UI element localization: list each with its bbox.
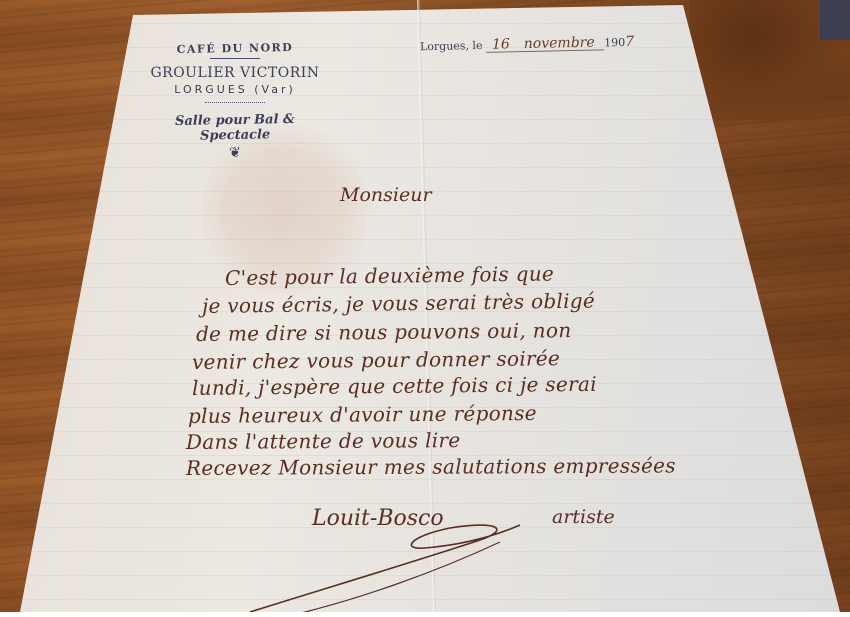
letterhead-tagline: Salle pour Bal & Spectacle — [140, 111, 330, 144]
letter-line: de me dire si nous pouvons oui, non — [196, 318, 572, 346]
letter-line: C'est pour la deuxième fois que — [225, 261, 554, 290]
letterhead-proprietor: GROULIER VICTORIN — [140, 65, 330, 81]
letterhead-rule — [210, 58, 260, 59]
letter-line: plus heureux d'avoir une réponse — [188, 401, 537, 428]
dateline-month: novembre — [524, 35, 595, 52]
letter-line: venir chez vous pour donner soirée — [192, 346, 560, 374]
signature-flourish — [240, 520, 540, 617]
dateline-prefix: Lorgues, le — [420, 39, 483, 53]
letter-line: Dans l'attente de vous lire — [186, 428, 461, 454]
letter-salutation: Monsieur — [340, 184, 432, 206]
dateline-year-digit: 7 — [625, 34, 634, 50]
letter-line: lundi, j'espère que cette fois ci je ser… — [192, 372, 597, 400]
ornament-icon: ❦ — [140, 145, 330, 161]
letterhead-cafe-name: CAFÉ DU NORD — [140, 40, 330, 56]
signature-title: artiste — [552, 506, 615, 528]
letter-line: Recevez Monsieur mes salutations empress… — [186, 453, 676, 480]
letterhead-town: LORGUES (Var) — [140, 83, 330, 96]
image-bottom-border — [0, 612, 850, 617]
letterhead-dotted-rule — [205, 102, 265, 103]
letterhead: CAFÉ DU NORD GROULIER VICTORIN LORGUES (… — [140, 42, 330, 161]
dateline-year-prefix: 190 — [604, 36, 625, 49]
background-object — [820, 0, 850, 40]
dateline-day: 16 — [492, 36, 510, 52]
